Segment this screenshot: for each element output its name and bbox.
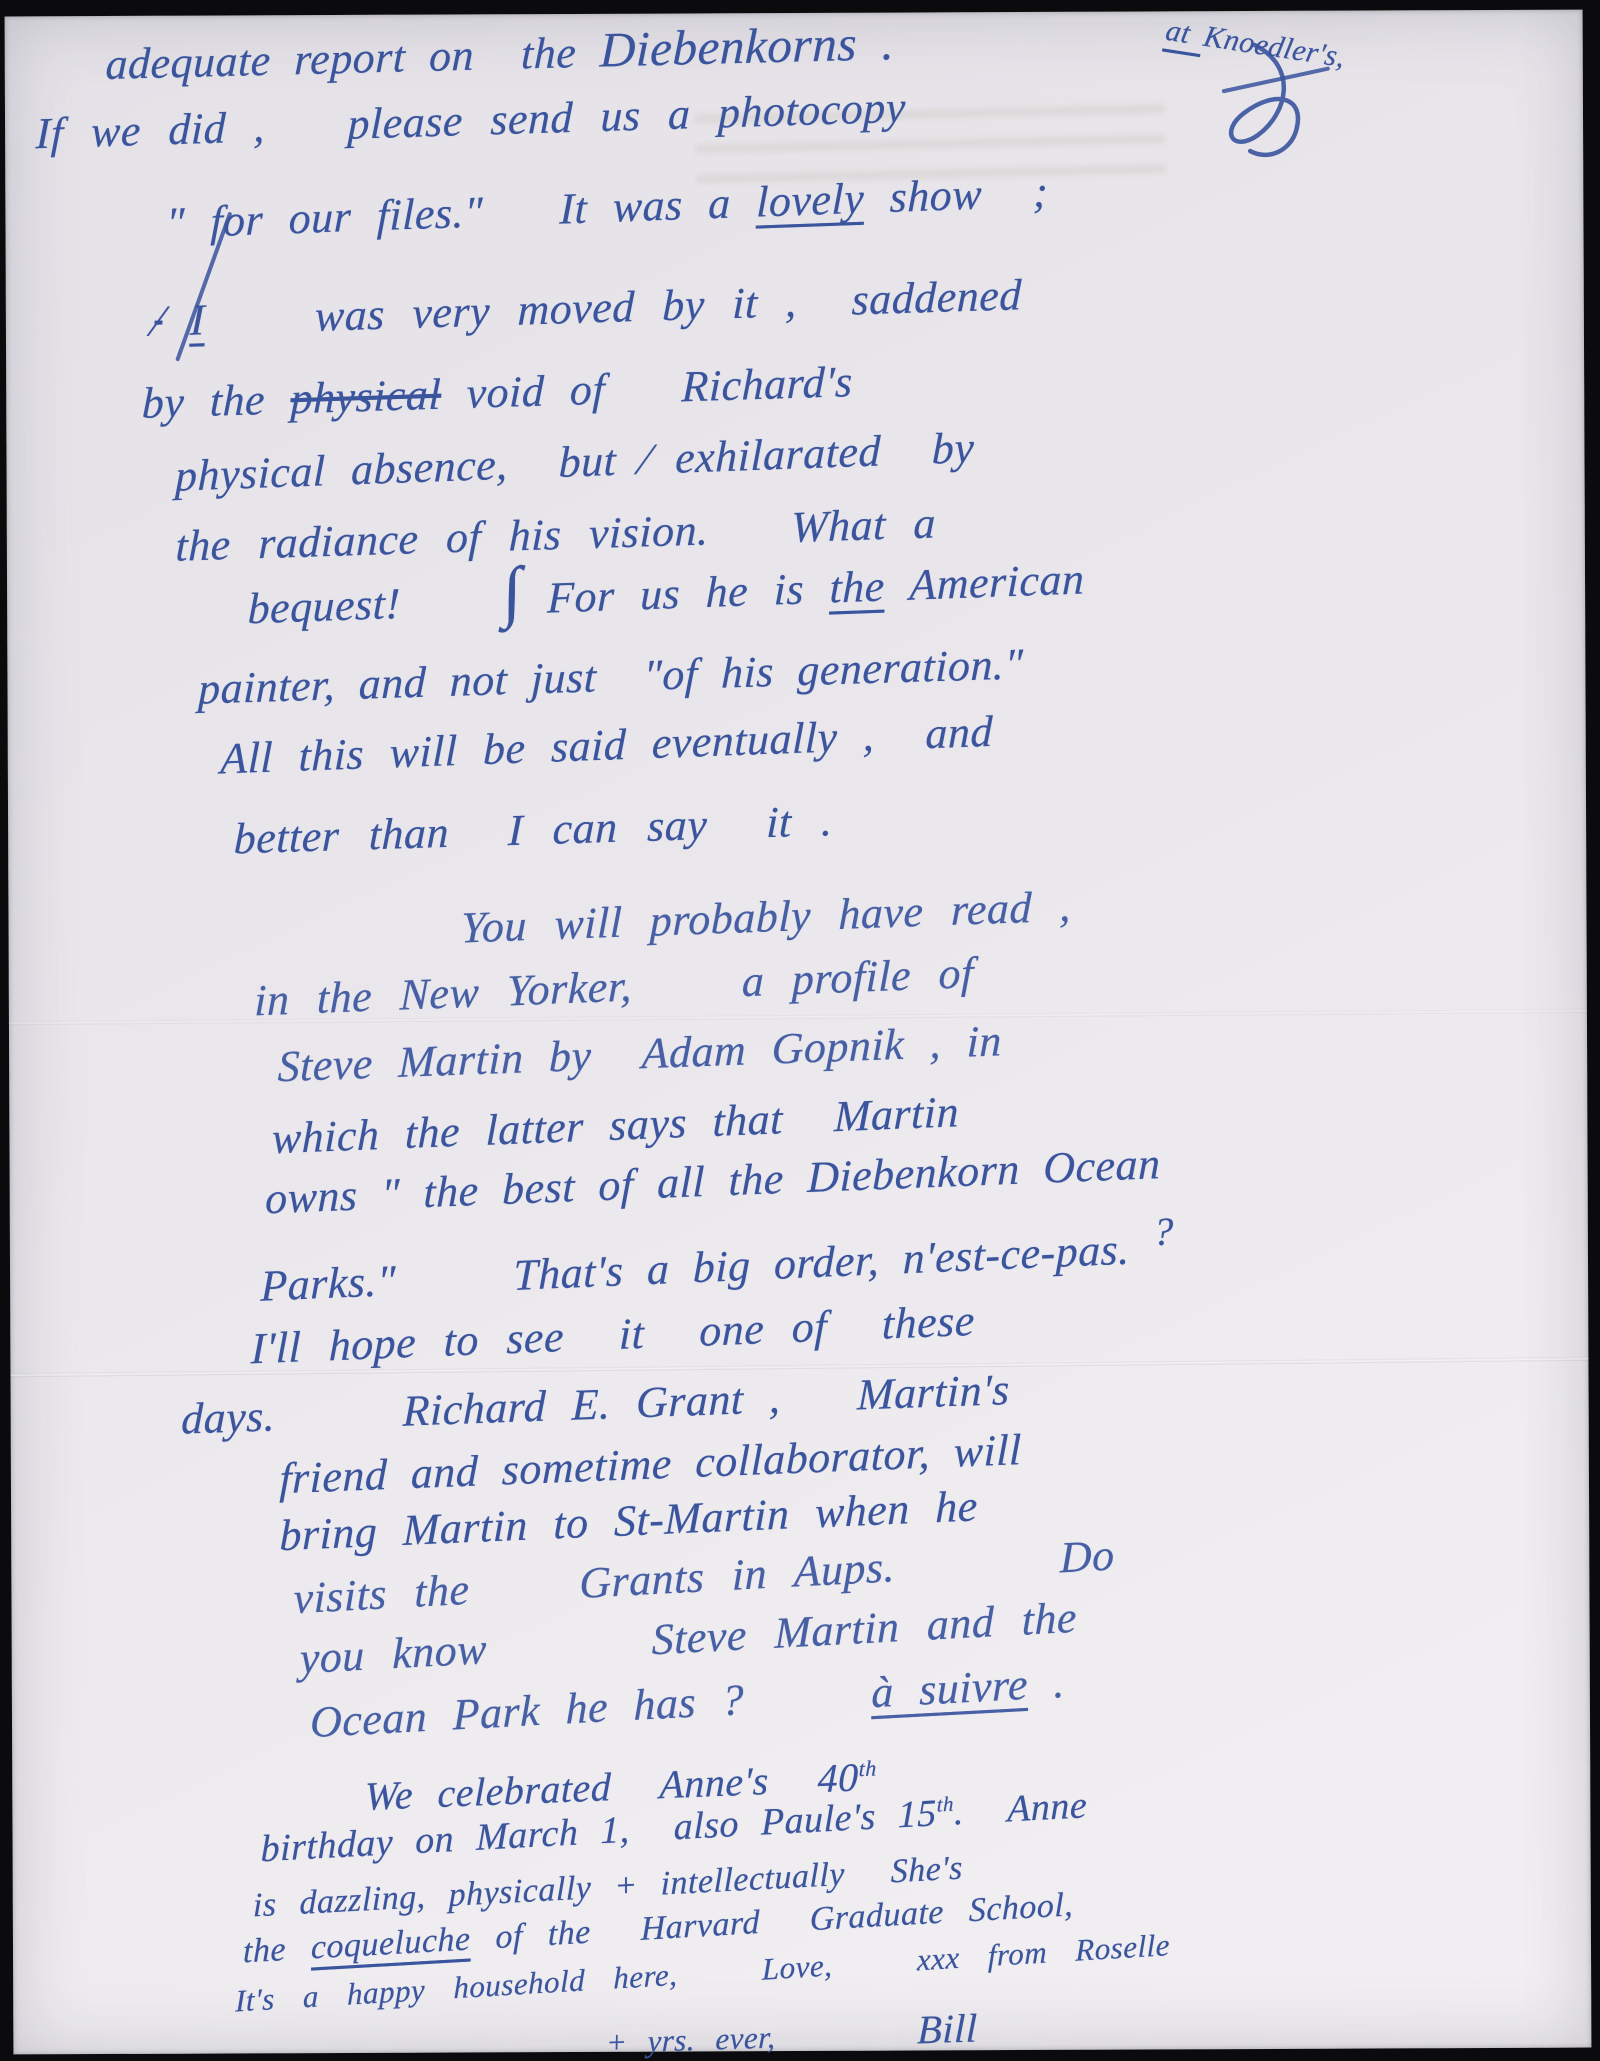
letter-line: physical absence, but ∕ exhilarated by	[175, 422, 975, 502]
letter-line: painter, and not just "of his generation…	[198, 638, 1024, 714]
letter-line: the radiance of his vision. What a	[175, 497, 936, 571]
letter-line: better than I can say it .	[233, 795, 833, 864]
letter-line: Parks." That's a big order, n'est-ce-pas…	[260, 1208, 1174, 1312]
letter-line: + yrs. ever, Bill	[605, 2004, 978, 2061]
letter-line: Steve Martin by Adam Gopnik , in	[277, 1015, 1002, 1092]
letter-line: You will probably have read ,	[461, 881, 1072, 954]
letter-line: ∕ I was very moved by it , saddened	[154, 269, 1022, 347]
letter-line: " for our files." It was a lovely show ;	[166, 166, 1049, 249]
letter-line: All this will be said eventually , and	[220, 706, 993, 785]
letter-line: by the physical void of Richard's	[141, 356, 853, 429]
letter-line: adequate report on the Diebenkorns .	[105, 14, 896, 91]
letter-page: adequate report on the Diebenkorns .at K…	[5, 10, 1592, 2055]
